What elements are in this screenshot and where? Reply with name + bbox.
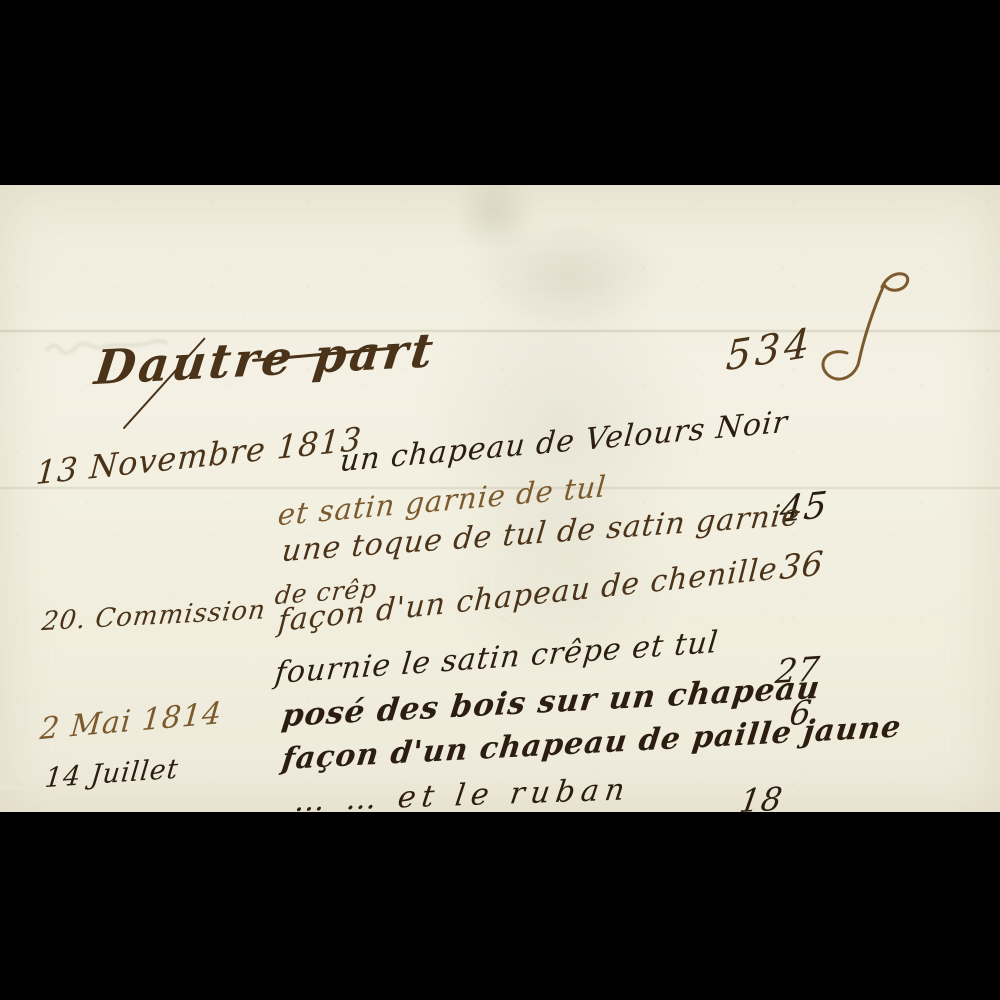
paraphe-flourish-icon	[818, 265, 918, 405]
photo-background: Dautre part 534 13 Novembre 1813 un chap…	[0, 0, 1000, 1000]
entry-date: 20. Commission	[40, 597, 267, 635]
entry-amount: 36	[778, 546, 825, 584]
carry-forward-number: 534	[725, 323, 814, 378]
entry-date: 2 Mai 1814	[39, 699, 224, 745]
entry-line-cutoff: … … et le ruban	[293, 775, 632, 812]
document-page: Dautre part 534 13 Novembre 1813 un chap…	[0, 185, 1000, 812]
entry-date: 13 Novembre 1813	[35, 423, 363, 490]
entry-amount: 18	[737, 783, 785, 812]
